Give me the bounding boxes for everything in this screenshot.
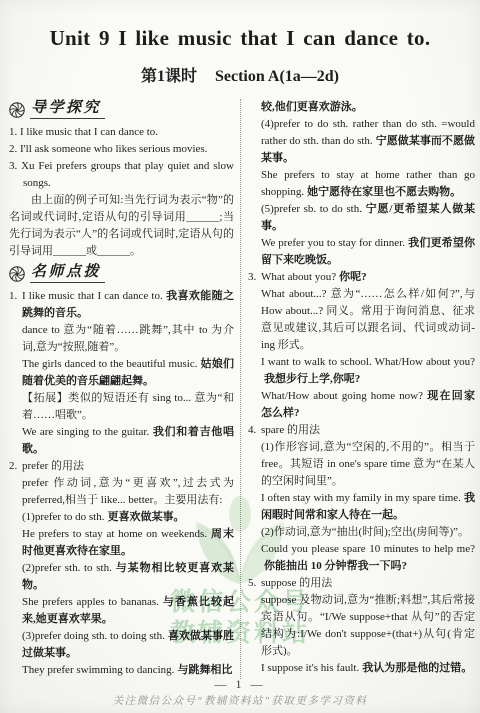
example-sentence: We prefer you to stay for dinner.我们更希望你留… [261, 235, 475, 269]
usage-pattern: (3)prefer doing sth. to doing sth.喜欢做某事胜… [22, 628, 234, 662]
example-sentence: She prefers apples to bananas.与香蕉比较起来,她更… [22, 594, 234, 628]
pattern-en: (3)prefer doing sth. to doing sth. [22, 630, 165, 642]
item-title: spare 的用法 [261, 422, 475, 439]
item-number: 1. [9, 288, 17, 305]
explanation-paragraph: suppose 及物动词,意为“推断;料想”,其后常接宾语从句。“I/We su… [261, 592, 475, 660]
tips-item-4: 4. spare 的用法 (1)作形容词,意为“空闲的,不用的”。相当于 fre… [248, 422, 475, 575]
example-sentence: The girls danced to the beautiful music.… [22, 356, 234, 390]
sentence-cn: 我认为那是他的过错。 [362, 662, 472, 674]
pattern-en: (2)prefer sth. to sth. [22, 562, 112, 574]
page-title: Unit 9 I like music that I can dance to. [0, 0, 480, 51]
item-title: prefer 的用法 [22, 458, 234, 475]
usage-pattern: (4)prefer to do sth. rather than do sth.… [261, 116, 475, 167]
sentence-en: Could you please spare 10 minutes to hel… [261, 543, 475, 555]
example-sentence: He prefers to stay at home on weekends.周… [22, 526, 234, 560]
item-number: 5. [248, 575, 256, 592]
sentence-cn: 与跳舞相比 [177, 664, 232, 676]
lesson-label: 第1课时 [141, 68, 197, 85]
example-sentence: We are singing to the guitar.我们和着吉他唱歌。 [22, 424, 234, 458]
example-sentence: I like music that I can dance to.我喜欢能随之跳… [22, 288, 234, 322]
example-sentence: I often stay with my family in my spare … [261, 490, 475, 524]
guide-conclusion-with-blanks: 由上面的例子可知:当先行词为表示“物”的名词或代词时,定语从句的引导词用____… [9, 192, 234, 260]
item-title: What about you?你呢? [261, 269, 475, 286]
sentence-en: What/How about going home now? [261, 390, 423, 402]
rosette-icon [9, 102, 25, 118]
extension-note: 【拓展】类似的短语还有 sing to... 意为“和着……唱歌”。 [22, 390, 234, 424]
sentence-en: I often stay with my family in my spare … [261, 492, 461, 504]
pattern-en: (5)prefer sb. to do sth. [261, 203, 362, 215]
example-sentence: I want to walk to school. What/How about… [261, 354, 475, 388]
footer-note: 关注微信公众号“教辅资料站”获取更多学习资料 [0, 693, 480, 708]
right-column: 较,他们更喜欢游泳。 (4)prefer to do sth. rather t… [241, 99, 475, 679]
sentence-en: What about you? [261, 271, 336, 283]
sentence-cn: 你能抽出 10 分钟帮我一下吗? [264, 560, 407, 572]
sentence-cn: 我想步行上学,你呢? [264, 373, 360, 385]
sentence-en: I suppose it's his fault. [261, 662, 359, 674]
sentence-en: He prefers to stay at home on weekends. [22, 528, 207, 540]
explanation-paragraph: What about...? 意为“……怎么样/如何?”,与 How about… [261, 286, 475, 354]
sentence-en: We are singing to the guitar. [22, 426, 149, 438]
example-sentence: Could you please spare 10 minutes to hel… [261, 541, 475, 575]
example-sentence: I suppose it's his fault.我认为那是他的过错。 [261, 660, 475, 677]
guide-section-title: 导学探究 [30, 100, 105, 119]
page-subtitle: 第1课时 Section A(1a—2d) [0, 63, 480, 86]
pattern-cn: 更喜欢做某事。 [107, 511, 184, 523]
two-column-layout: 导学探究 1. I like music that I can dance to… [0, 99, 480, 679]
tips-item-5: 5. suppose 的用法 suppose 及物动词,意为“推断;料想”,其后… [248, 575, 475, 677]
sentence-en: We prefer you to stay for dinner. [261, 237, 405, 249]
item-title: suppose 的用法 [261, 575, 475, 592]
usage-pattern: (2)prefer sth. to sth.与某物相比较更喜欢某物。 [22, 560, 234, 594]
sentence-cn: 你呢? [339, 271, 367, 283]
tips-item-1: 1. I like music that I can dance to.我喜欢能… [9, 288, 234, 458]
explanation-paragraph: dance to 意为“随着……跳舞”,其中 to 为介词,意为“按照,随着”。 [22, 322, 234, 356]
explanation-paragraph: (1)作形容词,意为“空闲的,不用的”。相当于 free。其短语 in one'… [261, 439, 475, 490]
explanation-paragraph: (2)作动词,意为“抽出(时间);空出(房间等)”。 [261, 524, 475, 541]
sentence-cn: 她宁愿待在家里也不愿去购物。 [307, 186, 461, 198]
rosette-icon [9, 266, 25, 282]
left-column: 导学探究 1. I like music that I can dance to… [9, 99, 240, 679]
item-2-continuation: 较,他们更喜欢游泳。 (4)prefer to do sth. rather t… [248, 99, 475, 269]
sentence-en: They prefer swimming to dancing. [22, 664, 174, 676]
item-number: 2. [9, 458, 17, 475]
guide-section-header: 导学探究 [9, 100, 234, 119]
sentence-en: She prefers apples to bananas. [22, 596, 159, 608]
usage-pattern: (1)prefer to do sth.更喜欢做某事。 [22, 509, 234, 526]
sentence-en: The girls danced to the beautiful music. [22, 358, 197, 370]
page-number: — 1 — [0, 677, 480, 692]
tips-item-2: 2. prefer 的用法 prefer 作动词,意为“更喜欢”,过去式为 pr… [9, 458, 234, 679]
example-sentence: They prefer swimming to dancing.与跳舞相比 [22, 662, 234, 679]
tips-item-3: 3. What about you?你呢? What about...? 意为“… [248, 269, 475, 422]
sentence-en: I want to walk to school. What/How about… [261, 356, 475, 368]
example-sentence: What/How about going home now?现在回家怎么样? [261, 388, 475, 422]
sentence-cn-continued: 较,他们更喜欢游泳。 [261, 99, 475, 116]
item-number: 3. [248, 269, 256, 286]
guide-example-3: 3. Xu Fei prefers groups that play quiet… [9, 158, 234, 192]
worksheet-page: Unit 9 I like music that I can dance to.… [0, 0, 480, 713]
example-sentence: She prefers to stay at home rather than … [261, 167, 475, 201]
guide-example-1: 1. I like music that I can dance to. [9, 124, 234, 141]
sentence-en: I like music that I can dance to. [22, 290, 163, 302]
usage-pattern: (5)prefer sb. to do sth.宁愿/更希望某人做某事。 [261, 201, 475, 235]
tips-section-header: 名师点拨 [9, 264, 234, 283]
guide-example-2: 2. I'll ask someone who likes serious mo… [9, 141, 234, 158]
pattern-en: (1)prefer to do sth. [22, 511, 104, 523]
explanation-paragraph: prefer 作动词,意为“更喜欢”,过去式为 preferred,相当于 li… [22, 475, 234, 509]
item-number: 4. [248, 422, 256, 439]
tips-section-title: 名师点拨 [30, 264, 105, 283]
section-label: Section A(1a—2d) [215, 68, 339, 85]
